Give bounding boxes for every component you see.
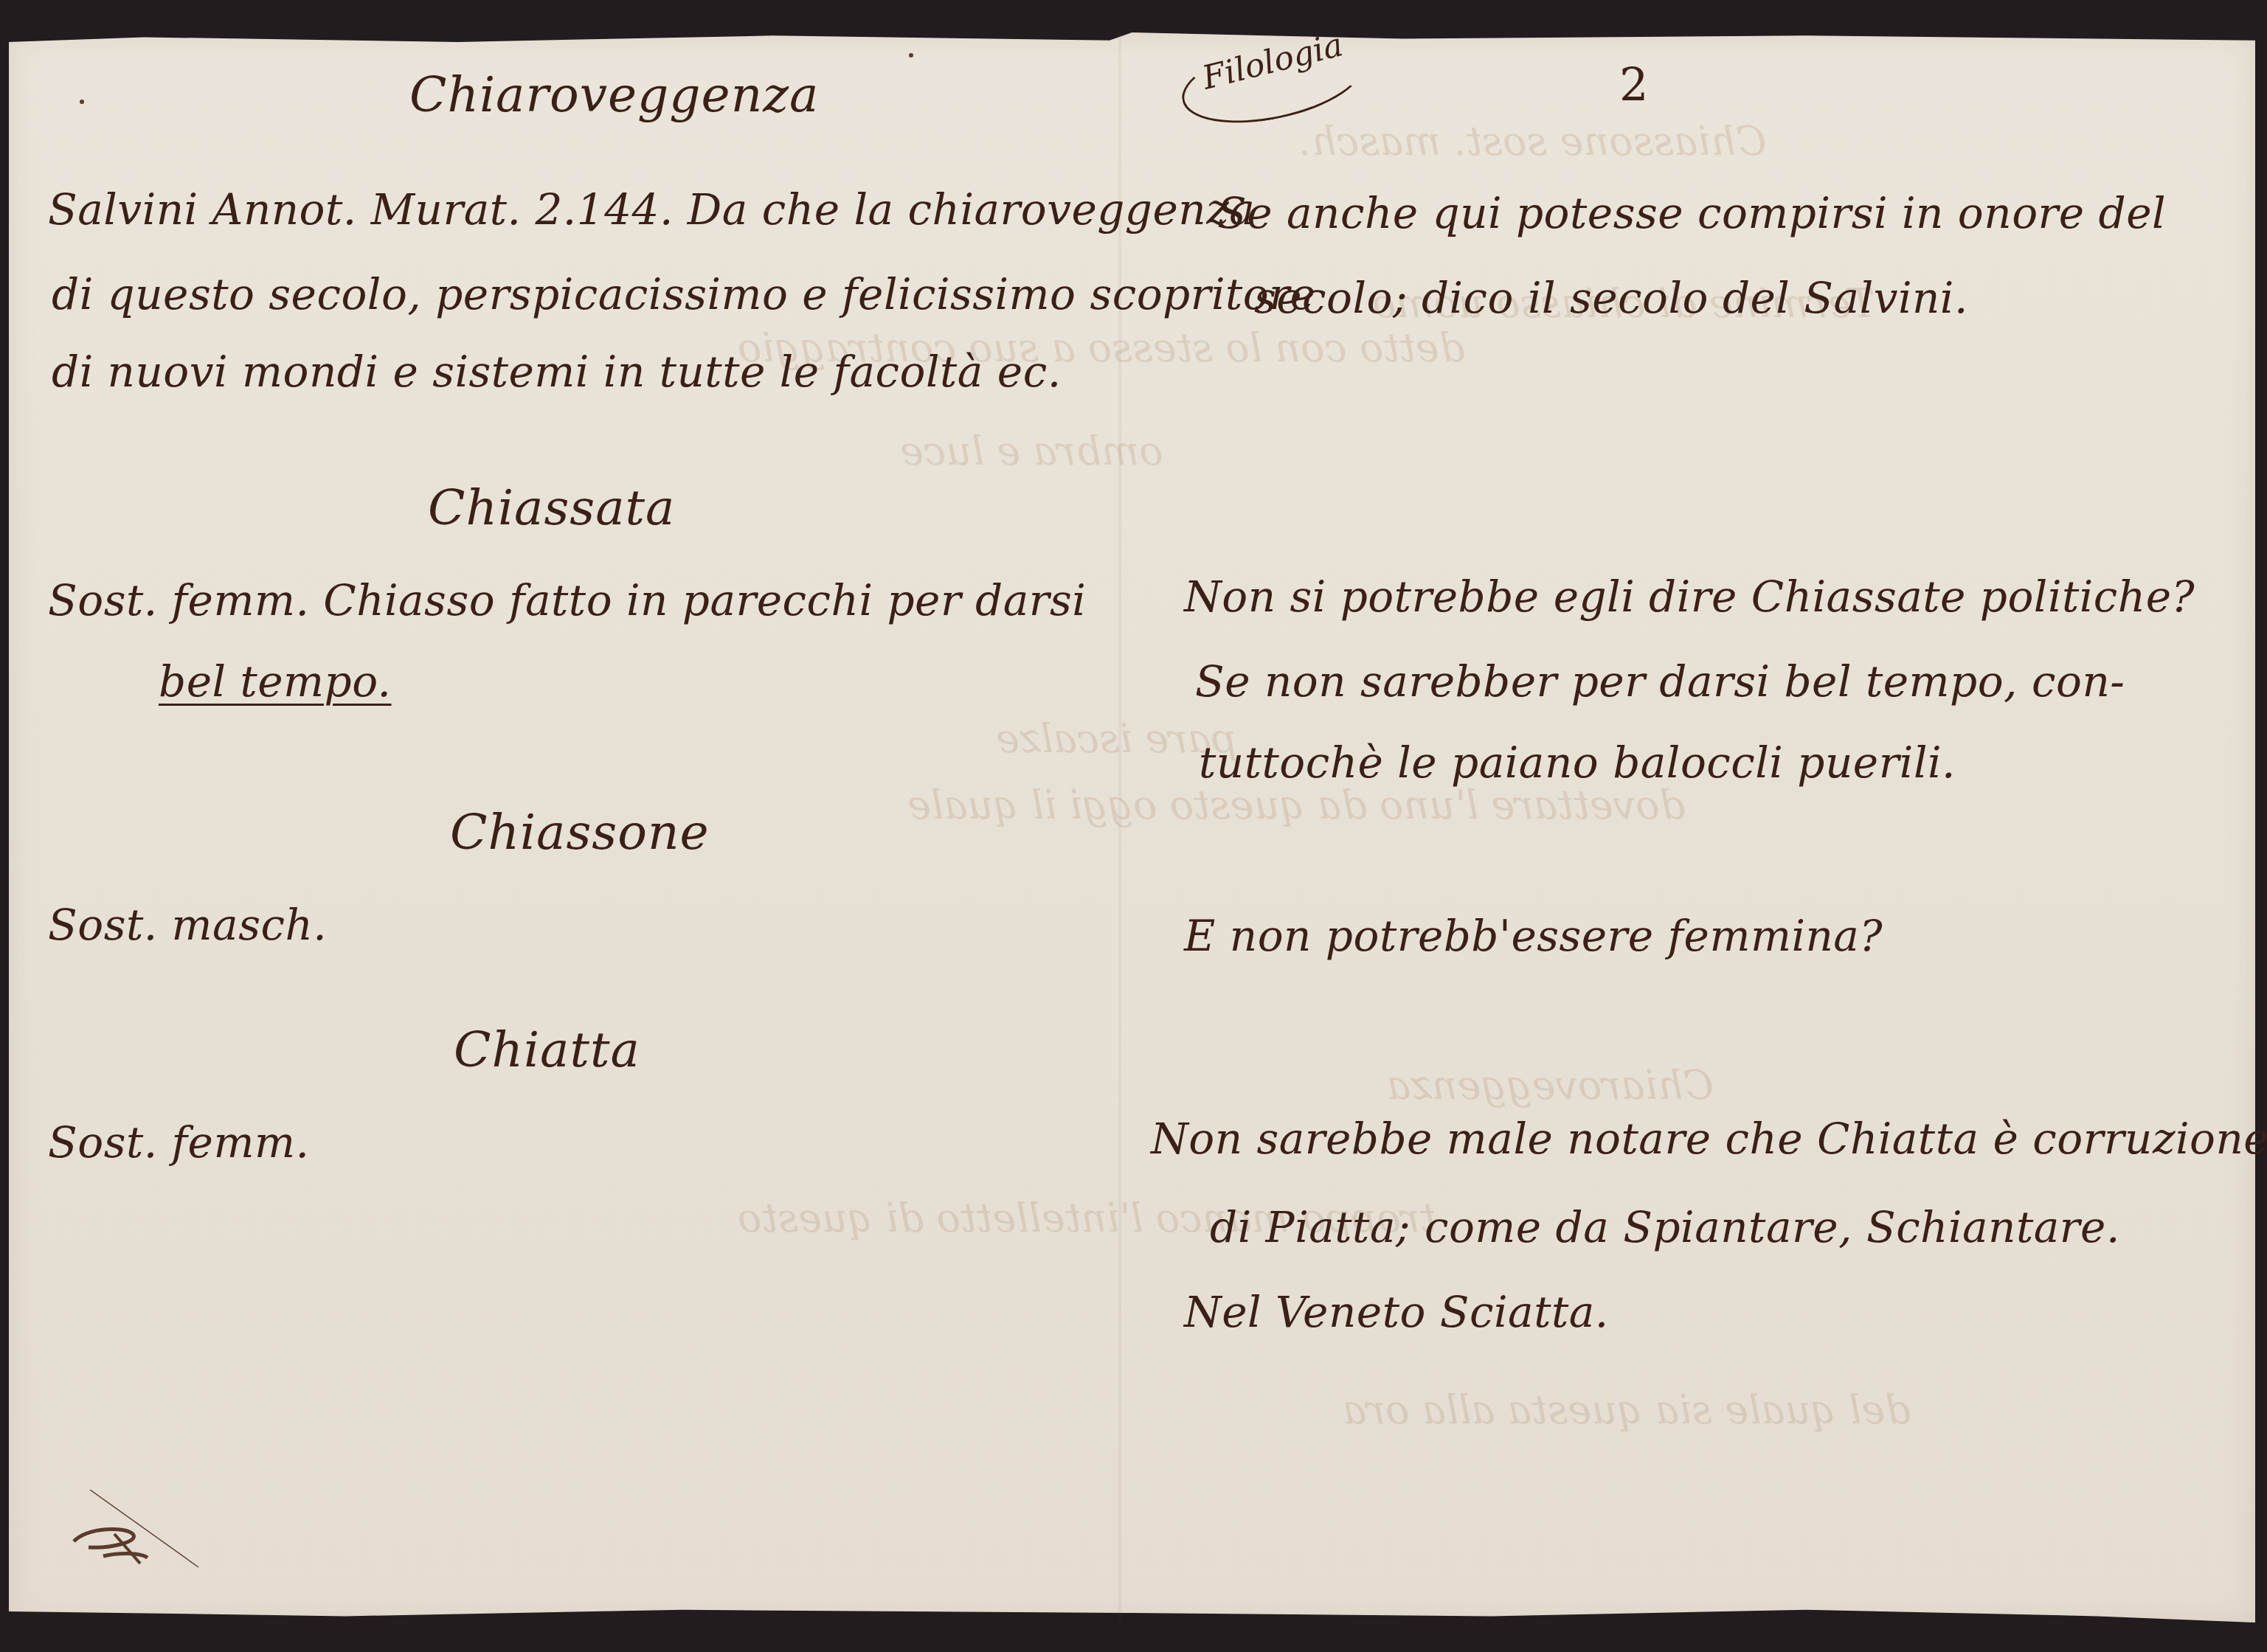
entry-line: Salvini Annot. Murat. 2.144. Da che la c…: [48, 184, 1255, 235]
note-line: di Piatta; come da Spiantare, Schiantare…: [1210, 1202, 2120, 1252]
ink-speck: [909, 53, 913, 58]
note-line: Non sarebbe male notare che Chiatta è co…: [1151, 1114, 2267, 1164]
entry-line: di questo secolo, perspicacissimo e feli…: [52, 269, 1315, 319]
note-line: Se anche qui potesse compirsi in onore d…: [1217, 188, 2166, 238]
ink-speck: [80, 100, 84, 104]
note-line: tuttochè le paiano baloccli puerili.: [1199, 737, 1956, 788]
note-line: E non potrebb'essere femmina?: [1184, 911, 1883, 961]
entry-line: Sost. masch.: [48, 900, 327, 950]
note-line: Se non sarebber per darsi bel tempo, con…: [1195, 656, 2125, 707]
entry-line: Sost. femm.: [48, 1117, 309, 1167]
citation-line: Salvini Annot. Murat. 2.144. Da che la c…: [48, 184, 1255, 235]
note-line: secolo; dico il secolo del Salvini.: [1254, 273, 1968, 323]
page-number: 2: [1619, 58, 1648, 111]
headword-chiaroveggenza: Chiaroveggenza: [409, 66, 819, 123]
headword-chiassone: Chiassone: [450, 804, 710, 861]
entry-line: Sost. femm. Chiasso fatto in parecchi pe…: [48, 575, 1086, 625]
note-line: Non si potrebbe egli dire Chiassate poli…: [1184, 572, 2195, 622]
headword-chiassata: Chiassata: [428, 479, 675, 536]
headword-chiatta: Chiatta: [454, 1021, 640, 1078]
monogram-mark-icon: [59, 1490, 207, 1571]
entry-line: di nuovi mondi e sistemi in tutte le fac…: [52, 347, 1062, 397]
note-line: Nel Veneto Sciatta.: [1184, 1287, 1609, 1337]
entry-line: bel tempo.: [159, 656, 392, 707]
